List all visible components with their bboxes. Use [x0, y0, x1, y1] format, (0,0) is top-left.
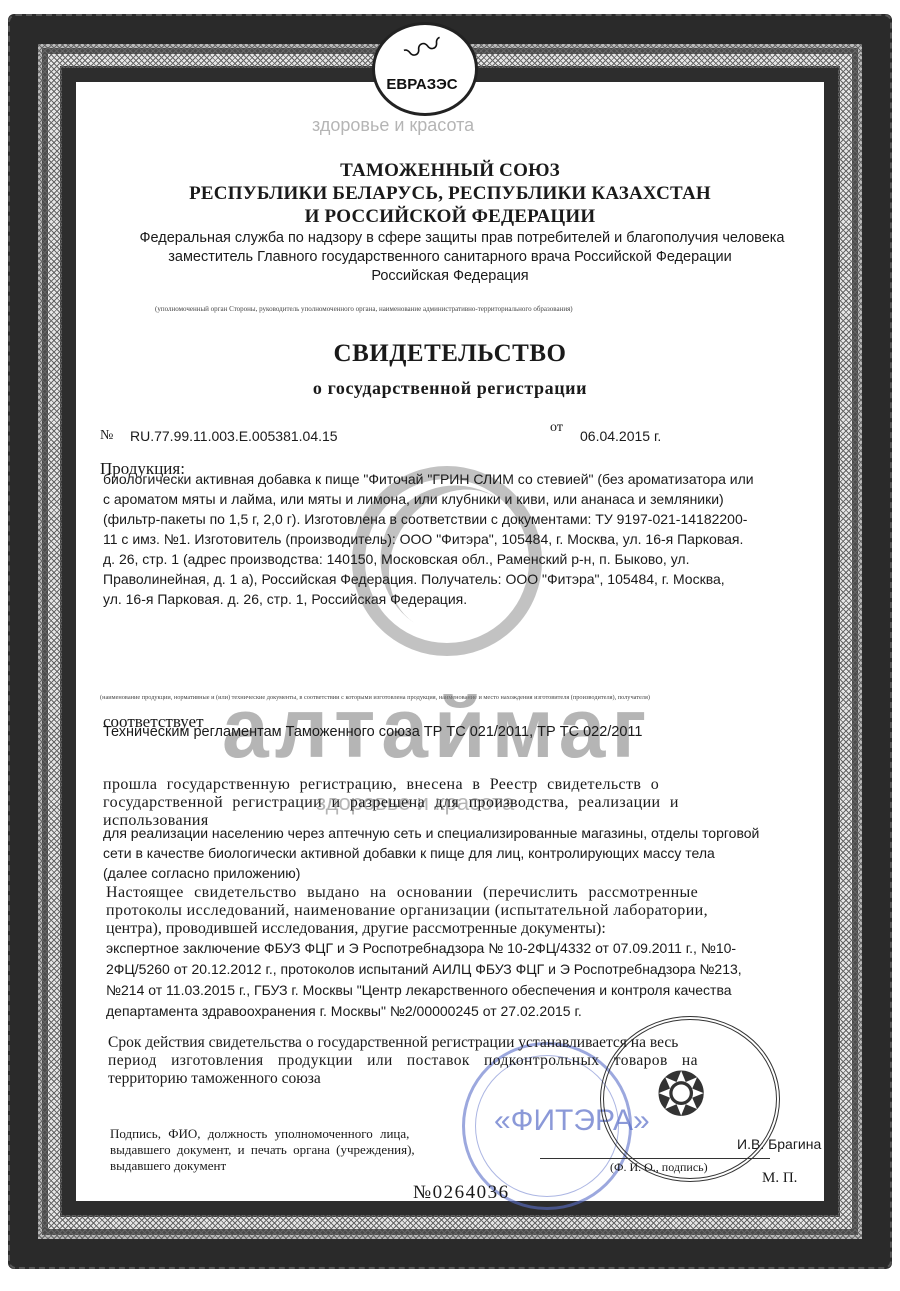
- validity-line: период изготовления продукции или постав…: [108, 1052, 698, 1070]
- registration-number-label: №: [100, 428, 113, 444]
- eurasec-emblem: 〰 ЕВРАЗЭС: [366, 18, 478, 114]
- header-service-line1: Федеральная служба по надзору в сфере за…: [12, 230, 900, 246]
- basis-line: протоколы исследований, наименование орг…: [106, 902, 708, 920]
- usage-line: сети в качестве биологически активной до…: [103, 843, 715, 864]
- validity-line: территорию таможенного союза: [108, 1070, 321, 1088]
- header-union-line2: РЕСПУБЛИКИ БЕЛАРУСЬ, РЕСПУБЛИКИ КАЗАХСТА…: [0, 183, 900, 205]
- product-line: Праволинейная, д. 1 а), Российская Федер…: [103, 569, 725, 590]
- header-union-line1: ТАМОЖЕННЫЙ СОЮЗ: [0, 160, 900, 182]
- conformity-value: Техническим регламентам Таможенного союз…: [103, 724, 643, 740]
- product-line: ул. 16-я Парковая. д. 26, стр. 1, Россий…: [103, 589, 467, 610]
- document-line: №214 от 11.03.2015 г., ГБУЗ г. Москвы "Ц…: [106, 980, 732, 1001]
- statement-line: прошла государственную регистрацию, внес…: [103, 776, 659, 794]
- watermark-tagline-top: здоровье и красота: [312, 115, 474, 136]
- registration-date-label: от: [550, 420, 563, 436]
- usage-line: (далее согласно приложению): [103, 863, 300, 884]
- registration-number: RU.77.99.11.003.E.005381.04.15: [130, 428, 338, 444]
- statement-line: государственной регистрации и разрешена …: [103, 794, 679, 812]
- authority-caption: (уполномоченный орган Стороны, руководит…: [155, 305, 573, 313]
- signer-name: И.В. Брагина: [737, 1136, 821, 1152]
- basis-line: Настоящее свидетельство выдано на основа…: [106, 884, 698, 902]
- document-line: департамента здравоохранения г. Москвы" …: [106, 1001, 582, 1022]
- signature-line: [540, 1158, 770, 1159]
- signature-caption-line: выдавшего документ, и печать органа (учр…: [110, 1142, 415, 1158]
- document-line: экспертное заключение ФБУЗ ФЦГ и Э Роспо…: [106, 938, 736, 959]
- product-line: с ароматом мяты и лайма, или мяты и лимо…: [103, 489, 724, 510]
- form-number: №0264036: [413, 1182, 510, 1204]
- signer-caption: (Ф. И. О., подпись): [610, 1160, 708, 1175]
- seal-place-mark: М. П.: [762, 1170, 797, 1187]
- emblem-label: ЕВРАЗЭС: [366, 76, 478, 93]
- product-line: (фильтр-пакеты по 1,5 г, 2,0 г). Изготов…: [103, 509, 747, 530]
- product-line: биологически активная добавка к пище "Фи…: [103, 469, 754, 490]
- usage-line: для реализации населению через аптечную …: [103, 823, 759, 844]
- product-line: 11 с имз. №1. Изготовитель (производител…: [103, 529, 743, 550]
- certificate-title: СВИДЕТЕЛЬСТВО: [0, 340, 900, 368]
- basis-line: центра), проводившей исследования, други…: [106, 920, 606, 938]
- header-service-line3: Российская Федерация: [0, 268, 900, 284]
- product-line: д. 26, стр. 1 (адрес производства: 14015…: [103, 549, 689, 570]
- header-union-line3: И РОССИЙСКОЙ ФЕДЕРАЦИИ: [0, 206, 900, 228]
- validity-line: Срок действия свидетельства о государств…: [108, 1034, 678, 1052]
- document-line: 2ФЦ/5260 от 20.12.2012 г., протоколов ис…: [106, 959, 742, 980]
- certificate-subtitle: о государственной регистрации: [0, 378, 900, 399]
- header-service-line2: заместитель Главного государственного са…: [0, 249, 900, 265]
- signature-caption-line: Подпись, ФИО, должность уполномоченного …: [110, 1126, 409, 1142]
- signature-caption-line: выдавшего документ: [110, 1158, 226, 1174]
- registration-date: 06.04.2015 г.: [580, 428, 661, 444]
